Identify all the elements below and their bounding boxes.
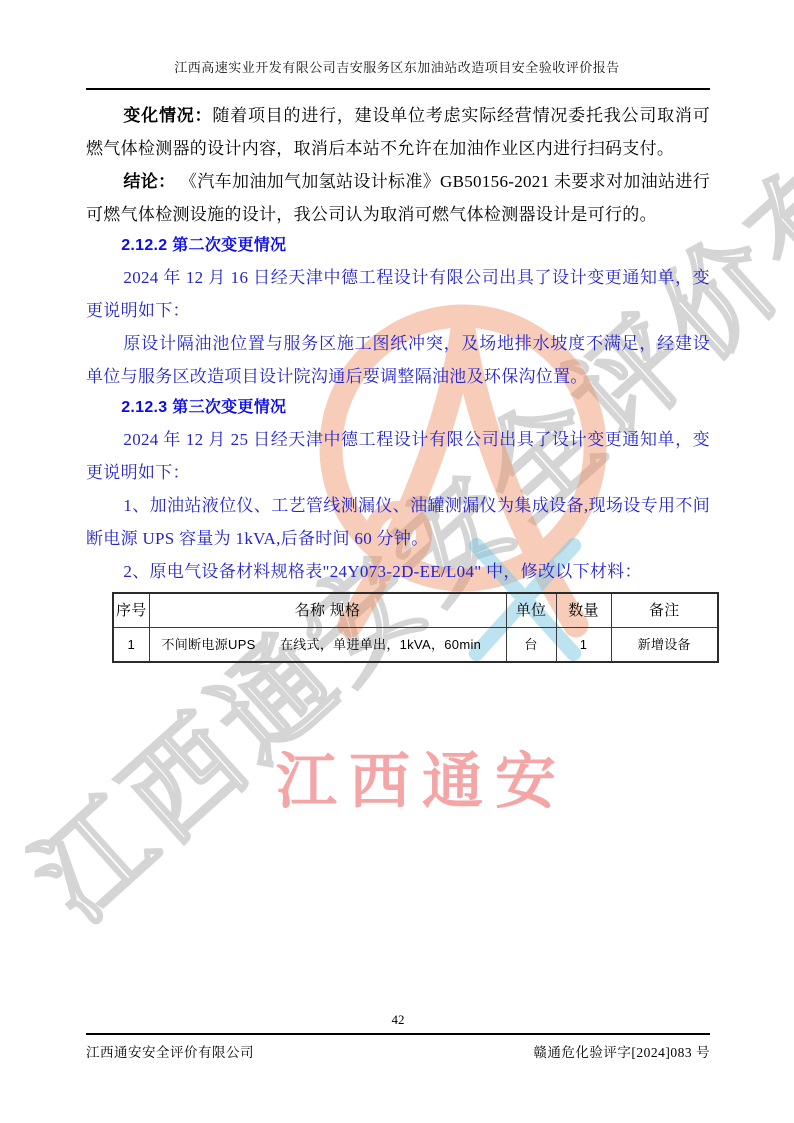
paragraph: 1、加油站液位仪、工艺管线测漏仪、油罐测漏仪为集成设备,现场设专用不间断电源 U… <box>86 489 710 555</box>
cell-spec: 在线式，单进单出，1kVA，60min <box>256 628 506 661</box>
col-header-unit: 单位 <box>506 593 556 628</box>
section-body: 2024 年 12 月 16 日经天津中德工程设计有限公司出具了设计变更通知单，… <box>86 261 710 393</box>
cell-qty: 1 <box>556 628 611 663</box>
page-header-title: 江西高速实业开发有限公司吉安服务区东加油站改造项目安全验收评价报告 <box>0 0 794 76</box>
paragraph: 2024 年 12 月 16 日经天津中德工程设计有限公司出具了设计变更通知单，… <box>86 261 710 327</box>
red-watermark-text: 江西通安 <box>276 733 568 820</box>
body-text: 变化情况：随着项目的进行，建设单位考虑实际经营情况委托我公司取消可燃气体检测器的… <box>86 99 710 663</box>
equipment-table-wrapper: 序号 名称 规格 单位 数量 备注 1 不间断电源UPS 在线式，单进单出，1k… <box>112 592 710 663</box>
cell-name: 不间断电源UPS <box>150 628 256 661</box>
footer-company: 江西通安安全评价有限公司 <box>86 1041 254 1061</box>
paragraph-text: 《汽车加油加气加氢站设计标准》GB50156-2021 未要求对加油站进行可燃气… <box>86 172 710 224</box>
section-heading-2-12-3: 2.12.3 第三次变更情况 <box>86 393 710 423</box>
footer-doc-number: 赣通危化验评字[2024]083 号 <box>533 1041 710 1061</box>
cell-no: 1 <box>113 628 149 663</box>
paragraph: 变化情况：随着项目的进行，建设单位考虑实际经营情况委托我公司取消可燃气体检测器的… <box>86 99 710 165</box>
paragraph-lead: 结论： <box>123 172 175 191</box>
cell-unit: 台 <box>506 628 556 663</box>
paragraph: 2、原电气设备材料规格表"24Y073-2D-EE/L04" 中，修改以下材料： <box>86 555 710 588</box>
cell-note: 新增设备 <box>611 628 718 663</box>
col-header-note: 备注 <box>611 593 718 628</box>
page-number: 42 <box>86 1012 710 1028</box>
equipment-table: 序号 名称 规格 单位 数量 备注 1 不间断电源UPS 在线式，单进单出，1k… <box>112 592 719 663</box>
paragraph: 原设计隔油池位置与服务区施工图纸冲突，及场地排水坡度不满足，经建设单位与服务区改… <box>86 327 710 393</box>
document-content: 江西高速实业开发有限公司吉安服务区东加油站改造项目安全验收评价报告 变化情况：随… <box>0 0 794 663</box>
section-heading-2-12-2: 2.12.2 第二次变更情况 <box>86 231 710 261</box>
table-header-row: 序号 名称 规格 单位 数量 备注 <box>113 593 718 628</box>
header-rule <box>86 88 710 90</box>
paragraph: 结论： 《汽车加油加气加氢站设计标准》GB50156-2021 未要求对加油站进… <box>86 165 710 231</box>
page-footer: 42 江西通安安全评价有限公司 赣通危化验评字[2024]083 号 <box>86 1012 710 1061</box>
paragraph: 2024 年 12 月 25 日经天津中德工程设计有限公司出具了设计变更通知单，… <box>86 423 710 489</box>
document-page: 江西通安安全评价有限公司 江西通安 江西高速实业开发有限公司吉安服务区东加油站改… <box>0 0 794 1123</box>
col-header-qty: 数量 <box>556 593 611 628</box>
col-header-no: 序号 <box>113 593 149 628</box>
paragraph-lead: 变化情况： <box>123 106 212 125</box>
col-header-name: 名称 规格 <box>149 593 506 628</box>
table-row: 1 不间断电源UPS 在线式，单进单出，1kVA，60min 台 1 新增设备 <box>113 628 718 663</box>
cell-name-spec: 不间断电源UPS 在线式，单进单出，1kVA，60min <box>149 628 506 663</box>
section-body: 2024 年 12 月 25 日经天津中德工程设计有限公司出具了设计变更通知单，… <box>86 423 710 588</box>
